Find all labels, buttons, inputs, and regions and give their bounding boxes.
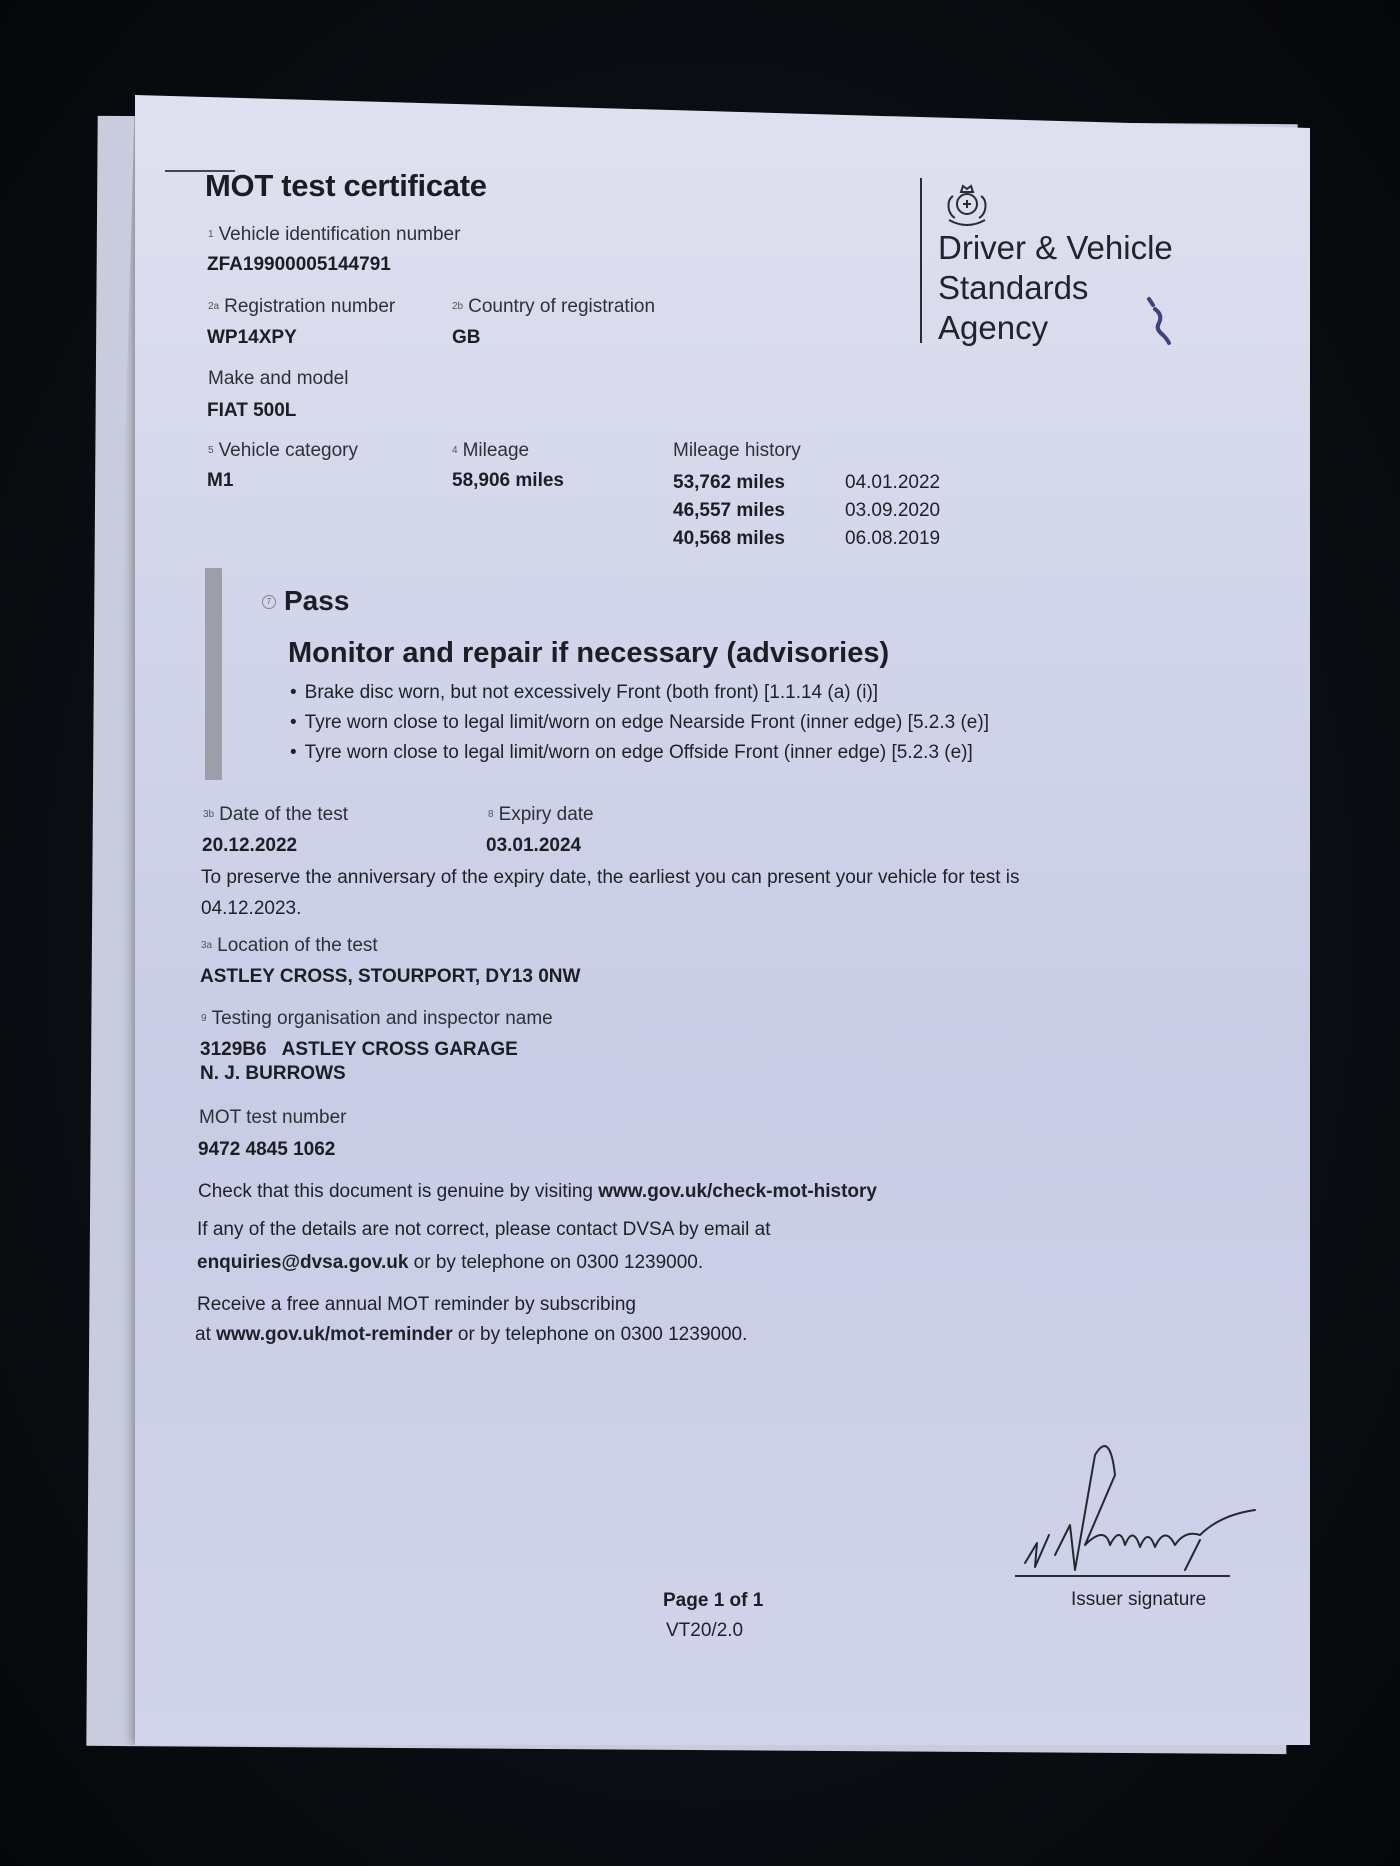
contact-email-link[interactable]: enquiries@dvsa.gov.uk <box>197 1252 408 1273</box>
country-label: 2bCountry of registration <box>452 296 655 318</box>
reminder-phone-text: or by telephone on 0300 1239000. <box>453 1324 748 1345</box>
agency-line-1: Driver & Vehicle <box>938 228 1173 268</box>
document-title: MOT test certificate <box>205 168 487 204</box>
advisory-item: Tyre worn close to legal limit/worn on e… <box>290 708 989 738</box>
advisories-title: Monitor and repair if necessary (advisor… <box>288 637 889 670</box>
reminder-line2: at www.gov.uk/mot-reminder or by telepho… <box>195 1324 747 1346</box>
history-date: 03.09.2020 <box>845 497 940 525</box>
test-number-value: 9472 4845 1062 <box>198 1139 335 1161</box>
country-value: GB <box>452 327 481 349</box>
history-miles: 46,557 miles <box>673 497 845 525</box>
preserve-note-line2: 04.12.2023. <box>201 898 301 920</box>
contact-phone-text: or by telephone on 0300 1239000. <box>408 1252 703 1273</box>
check-genuine-prefix: Check that this document is genuine by v… <box>198 1181 598 1202</box>
expiry-date-label: 8Expiry date <box>488 804 594 826</box>
vin-label: 1Vehicle identification number <box>208 224 460 246</box>
royal-coat-of-arms-icon <box>935 178 999 230</box>
test-date-value: 20.12.2022 <box>202 835 297 857</box>
form-code: VT20/2.0 <box>666 1620 743 1642</box>
advisory-item: Tyre worn close to legal limit/worn on e… <box>290 738 989 768</box>
agency-name: Driver & Vehicle Standards Agency <box>938 228 1173 348</box>
registration-value: WP14XPY <box>207 327 297 349</box>
signature-label: Issuer signature <box>1071 1589 1206 1611</box>
make-model-value: FIAT 500L <box>207 400 296 422</box>
issuer-signature <box>1015 1435 1265 1595</box>
page-number: Page 1 of 1 <box>663 1590 763 1612</box>
vin-value: ZFA19900005144791 <box>207 254 391 276</box>
category-value: M1 <box>207 470 233 492</box>
reminder-at: at <box>195 1324 216 1345</box>
test-date-label: 3bDate of the test <box>203 804 348 826</box>
agency-line-2: Standards <box>938 268 1173 308</box>
location-label: 3aLocation of the test <box>201 935 378 957</box>
test-result: 7Pass <box>262 585 349 617</box>
mileage-history-label: Mileage history <box>673 440 801 462</box>
mileage-label: 4Mileage <box>452 440 529 462</box>
mileage-history-entry: 46,557 miles 03.09.2020 <box>673 497 940 525</box>
ink-mark <box>1145 295 1175 345</box>
history-date: 06.08.2019 <box>845 525 940 553</box>
history-miles: 40,568 miles <box>673 525 845 553</box>
reminder-line1: Receive a free annual MOT reminder by su… <box>197 1294 636 1316</box>
result-indicator-bar <box>205 568 222 780</box>
agency-line-3: Agency <box>938 308 1173 348</box>
mileage-history-entry: 53,762 miles 04.01.2022 <box>673 469 940 497</box>
logo-divider <box>920 178 922 343</box>
make-model-label: Make and model <box>208 368 348 390</box>
signature-line <box>1015 1575 1230 1577</box>
mileage-history-entry: 40,568 miles 06.08.2019 <box>673 525 940 553</box>
category-label: 5Vehicle category <box>208 440 358 462</box>
organisation-label: 9Testing organisation and inspector name <box>201 1008 553 1030</box>
check-genuine-text: Check that this document is genuine by v… <box>198 1181 877 1203</box>
advisory-item: Brake disc worn, but not excessively Fro… <box>290 678 989 708</box>
registration-label: 2aRegistration number <box>208 296 395 318</box>
history-miles: 53,762 miles <box>673 469 845 497</box>
history-date: 04.01.2022 <box>845 469 940 497</box>
location-value: ASTLEY CROSS, STOURPORT, DY13 0NW <box>200 966 580 988</box>
result-status: Pass <box>284 585 349 616</box>
contact-line2: enquiries@dvsa.gov.uk or by telephone on… <box>197 1252 703 1274</box>
check-mot-history-link[interactable]: www.gov.uk/check-mot-history <box>598 1181 877 1202</box>
contact-line1: If any of the details are not correct, p… <box>197 1219 770 1241</box>
preserve-note-line1: To preserve the anniversary of the expir… <box>201 867 1019 889</box>
mileage-value: 58,906 miles <box>452 470 564 492</box>
inspector-name: N. J. BURROWS <box>200 1063 346 1085</box>
expiry-date-value: 03.01.2024 <box>486 835 581 857</box>
mileage-history-list: 53,762 miles 04.01.2022 46,557 miles 03.… <box>673 469 940 553</box>
mot-reminder-link[interactable]: www.gov.uk/mot-reminder <box>216 1324 452 1345</box>
advisories-list: Brake disc worn, but not excessively Fro… <box>290 678 989 768</box>
test-number-label: MOT test number <box>199 1107 346 1129</box>
organisation-value: 3129B6 ASTLEY CROSS GARAGE <box>200 1039 518 1061</box>
